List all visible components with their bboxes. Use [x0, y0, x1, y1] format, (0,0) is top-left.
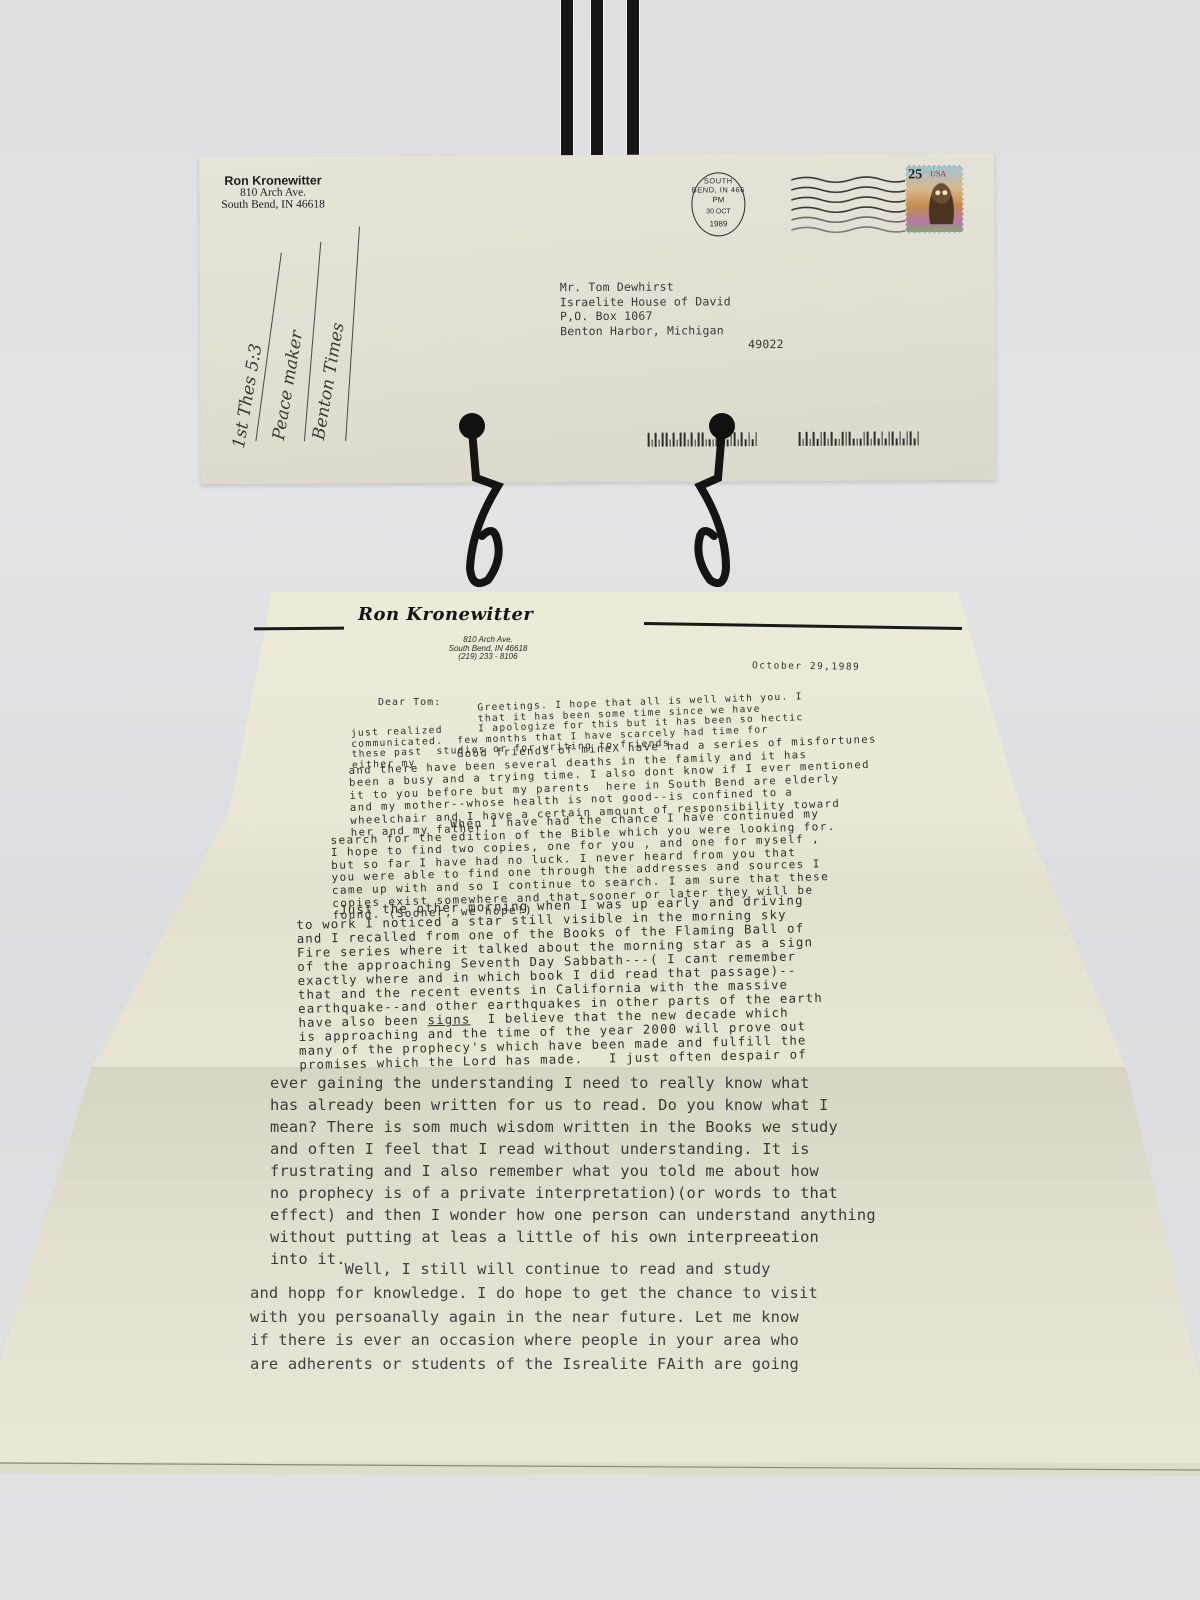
stand-hook-icon [446, 408, 526, 598]
stand-hook-icon [680, 408, 760, 598]
letter-sheet [0, 0, 1200, 1600]
letter: Ron Kronewitter 810 Arch Ave. South Bend… [0, 0, 1200, 1600]
